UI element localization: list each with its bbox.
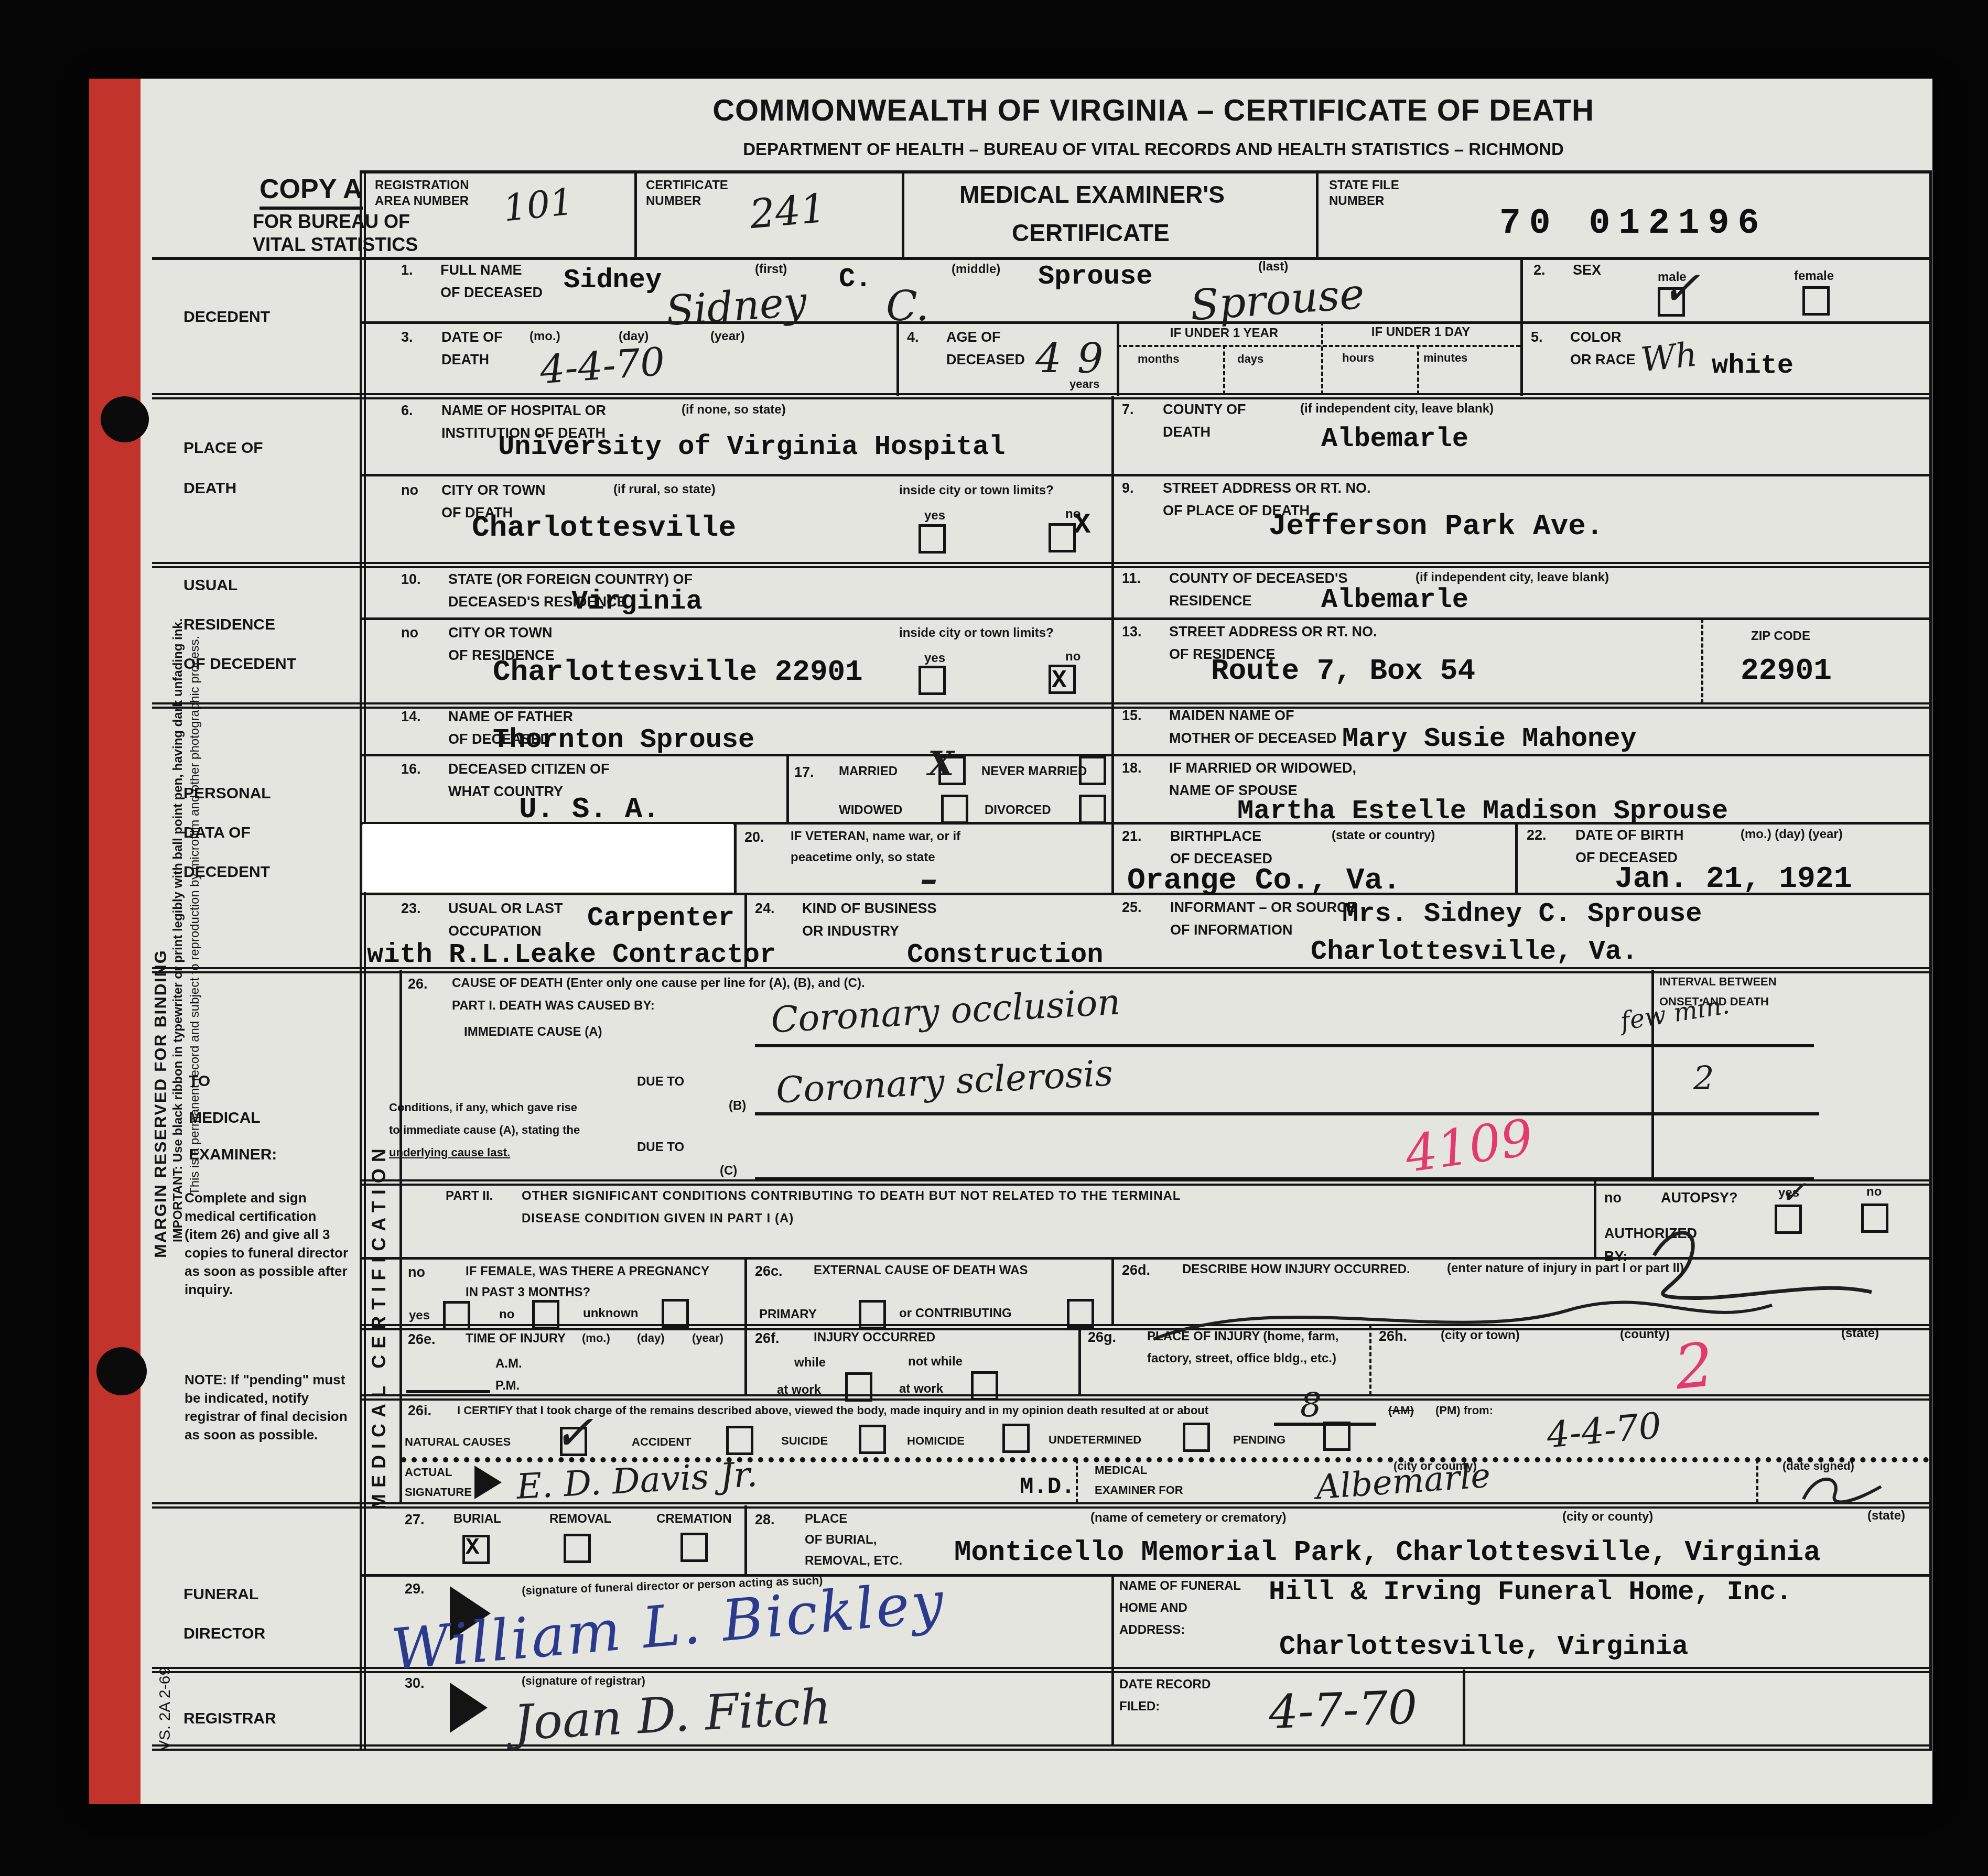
section-funeral-director2: DIRECTOR (183, 1625, 265, 1643)
hours-caption: hours (1342, 351, 1374, 364)
field24-label: KIND OF BUSINESS (802, 901, 937, 917)
field11-label2: RESIDENCE (1169, 593, 1252, 609)
part1-label: PART I. DEATH WAS CAUSED BY: (452, 999, 655, 1013)
field7-number: 7. (1122, 402, 1134, 418)
grid-line (1417, 345, 1419, 395)
me-certificate-label2: CERTIFICATE (1012, 219, 1170, 247)
cemetery-caption: (name of cemetery or crematory) (1090, 1511, 1286, 1525)
grid-line (152, 562, 1932, 568)
copy-a-line2: FOR BUREAU OF (253, 211, 410, 232)
registrar-signature-caption: (signature of registrar) (522, 1674, 645, 1687)
checkbox-widowed (941, 795, 968, 824)
funeral-home-value2: Charlottesville, Virginia (1279, 1631, 1688, 1662)
informant-value2: Charlottesville, Va. (1311, 936, 1638, 967)
time-of-death-value: 8 (1300, 1386, 1322, 1425)
section-to-me2: MEDICAL (189, 1109, 261, 1127)
field26a-number: no (1604, 1190, 1622, 1206)
field26e-label: TIME OF INJURY (466, 1331, 566, 1346)
field26f-label: INJURY OCCURRED (814, 1330, 935, 1345)
field23-label2: OCCUPATION (448, 923, 542, 939)
am-label: A.M. (495, 1357, 522, 1371)
signature-arrow (474, 1466, 502, 1499)
field27-number: 27. (405, 1512, 425, 1528)
cause-b-line (755, 1112, 1819, 1115)
grid-line (786, 756, 789, 823)
field1-number: 1. (401, 262, 413, 278)
autopsy-mark: ✓ (1780, 1174, 1806, 1211)
field26g-label: PLACE OF INJURY (home, farm, (1147, 1329, 1338, 1344)
checkbox-suicide (859, 1425, 886, 1454)
city-county-caption2: (city or county) (1562, 1510, 1653, 1524)
burial-label: BURIAL (453, 1512, 501, 1526)
zip-value: 22901 (1741, 654, 1832, 688)
female-label: female (1794, 269, 1834, 284)
field26c-number: 26c. (755, 1263, 783, 1279)
preg-yes-label: yes (409, 1308, 430, 1323)
grid-line (362, 474, 1932, 476)
section-personal-data2: DATA OF (183, 824, 251, 842)
at-work-label: at work (777, 1383, 821, 1397)
field14-label: NAME OF FATHER (448, 709, 573, 725)
field2-label: SEX (1573, 262, 1601, 278)
checkbox-limits2-yes (919, 666, 946, 695)
checkbox-accident (726, 1426, 753, 1455)
grid-line (362, 1179, 1932, 1186)
not-at-work-label: at work (899, 1382, 943, 1396)
under-1-year-label: IF UNDER 1 YEAR (1127, 326, 1321, 341)
field22-label: DATE OF BIRTH (1575, 827, 1683, 843)
certificate-number-label: CERTIFICATE (646, 178, 728, 193)
red-2-value: 2 (1671, 1330, 1717, 1404)
me-for-label2: EXAMINER FOR (1095, 1483, 1183, 1497)
field20-label: IF VETERAN, name war, or if (791, 829, 960, 844)
field23-number: 23. (401, 901, 421, 917)
years-caption: years (1069, 377, 1100, 391)
divorced-label: DIVORCED (985, 803, 1051, 818)
field28-label: PLACE (805, 1512, 847, 1526)
section-personal-data3: DECEDENT (183, 863, 270, 882)
section-to-me: TO (189, 1072, 210, 1091)
primary-label: PRIMARY (759, 1307, 817, 1322)
checkbox-preg-unknown (662, 1299, 689, 1328)
mo-caption: (mo.) (530, 329, 560, 344)
md-label: M.D. (1020, 1474, 1075, 1500)
actual-signature-label2: SIGNATURE (405, 1485, 472, 1499)
accident-label: ACCIDENT (632, 1435, 692, 1448)
field26b-label: IF FEMALE, WAS THERE A PREGNANCY (466, 1264, 709, 1279)
checkbox-removal (564, 1534, 591, 1563)
field15-number: 15. (1122, 708, 1142, 724)
field16-label: DECEASED CITIZEN OF (448, 761, 610, 777)
field18-number: 18. (1122, 760, 1142, 776)
grid-line (1076, 1459, 1078, 1503)
first-caption: (first) (755, 262, 787, 277)
limits-label: inside city or town limits? (899, 483, 1054, 498)
spouse-name-value: Martha Estelle Madison Sprouse (1237, 796, 1728, 827)
field9-label: STREET ADDRESS OR RT. NO. (1163, 480, 1371, 496)
while-label: while (794, 1356, 826, 1370)
grid-line (744, 1505, 747, 1575)
immediate-cause-label: IMMEDIATE CAUSE (A) (464, 1025, 602, 1039)
occupation-value: Carpenter (587, 903, 734, 934)
field5-label: COLOR (1570, 329, 1622, 345)
field28-number: 28. (755, 1512, 775, 1528)
state-of-residence-value: Virginia (571, 586, 703, 617)
male-checkmark: ✓ (1661, 261, 1700, 316)
checkbox-undetermined (1183, 1423, 1210, 1452)
field26b-label2: IN PAST 3 MONTHS? (466, 1285, 590, 1300)
field6-note: (if none, so state) (682, 403, 786, 417)
limits2-no-mark: X (1052, 667, 1067, 695)
due-to-label: DUE TO (637, 1075, 684, 1089)
contributing-label: or CONTRIBUTING (899, 1306, 1012, 1321)
redacted-area (363, 824, 733, 892)
cremation-label: CREMATION (656, 1512, 732, 1526)
state-file-label2: NUMBER (1329, 194, 1384, 209)
field24-number: 24. (755, 901, 775, 917)
grid-line (1463, 1669, 1465, 1745)
county-of-residence-value: Albemarle (1321, 584, 1468, 615)
burial-mark: X (466, 1535, 479, 1561)
age-value: 49 (1035, 335, 1119, 383)
funeral-home-value: Hill & Irving Funeral Home, Inc. (1269, 1577, 1792, 1608)
grid-line (744, 1258, 747, 1325)
field20-number: 20. (744, 829, 764, 845)
pending-label: PENDING (1233, 1433, 1285, 1446)
checkbox-at-work (845, 1372, 872, 1402)
field11-note: (if independent city, leave blank) (1416, 570, 1609, 585)
field26h-city: (city or town) (1441, 1328, 1520, 1343)
field28-label3: REMOVAL, ETC. (805, 1554, 902, 1568)
field4-label2: DECEASED (946, 352, 1025, 368)
field22-note: (mo.) (day) (year) (1741, 827, 1843, 842)
grid-line (1929, 170, 1932, 1750)
field26-head: CAUSE OF DEATH (Enter only one cause per… (452, 976, 865, 991)
citizen-value: U. S. A. (519, 793, 660, 826)
city-of-residence-value: Charlottesville 22901 (493, 655, 863, 689)
punch-hole (101, 396, 149, 442)
page-title: COMMONWEALTH OF VIRGINIA – CERTIFICATE O… (571, 93, 1735, 128)
field13-number: 13. (1122, 624, 1142, 640)
conditions-note1: Conditions, if any, which gave rise (389, 1101, 577, 1114)
married-label: MARRIED (839, 764, 898, 779)
field26h-state: (state) (1841, 1326, 1879, 1341)
section-funeral-director: FUNERAL (183, 1586, 258, 1604)
part2-label: PART II. (446, 1189, 493, 1203)
field1-label: FULL NAME (440, 262, 522, 278)
field15-label2: MOTHER OF DECEASED (1169, 730, 1337, 746)
autopsy-no-label: no (1866, 1185, 1882, 1199)
date-filed-label2: FILED: (1119, 1699, 1160, 1714)
field26e-day: (day) (637, 1331, 665, 1344)
field17-number: 17. (794, 764, 814, 780)
due-to-label2: DUE TO (637, 1140, 684, 1155)
grid-line (152, 1502, 1932, 1509)
field7-label2: DEATH (1163, 424, 1211, 440)
field26h-number: 26h. (1379, 1328, 1407, 1344)
never-married-label: NEVER MARRIED (981, 764, 1087, 779)
checkbox-pending (1323, 1422, 1350, 1451)
days-caption: days (1237, 352, 1263, 365)
preg-unknown-label: unknown (583, 1306, 638, 1321)
interval-b-value: 2 (1693, 1059, 1714, 1097)
registration-area-label2: AREA NUMBER (375, 194, 469, 209)
father-name-value: Thornton Sprouse (493, 724, 754, 755)
field7-note: (if independent city, leave blank) (1300, 402, 1494, 416)
field26e-number: 26e. (408, 1331, 436, 1348)
checkbox-cremation (680, 1533, 708, 1562)
field7-label: COUNTY OF (1163, 402, 1246, 418)
name-last-typed: Sprouse (1038, 261, 1152, 292)
field26e-mo: (mo.) (582, 1331, 610, 1344)
business-value: Construction (907, 939, 1103, 970)
cause-c-caption: (C) (720, 1164, 737, 1178)
hospital-value: University of Virginia Hospital (498, 431, 1005, 462)
under-1-day-label: IF UNDER 1 DAY (1326, 325, 1515, 340)
to-me-instructions: Complete and sign medical certification … (185, 1189, 352, 1299)
conditions-note3: underlying cause last. (389, 1146, 510, 1159)
cause-a-line (755, 1044, 1814, 1047)
grid-line (1111, 705, 1114, 894)
grid-line (362, 617, 1932, 620)
grid-line (1321, 321, 1323, 395)
field4-number: 4. (907, 329, 919, 345)
grid-line (1111, 1258, 1114, 1325)
field26-number: 26. (408, 976, 428, 992)
field11-number: 11. (1122, 570, 1141, 587)
field13-label: STREET ADDRESS OR RT. NO. (1169, 624, 1377, 640)
punch-hole (96, 1347, 147, 1395)
field26f-number: 26f. (755, 1330, 780, 1347)
natural-causes-mark: ✓ (553, 1405, 593, 1461)
grid-line (399, 970, 402, 1504)
part2-text: OTHER SIGNIFICANT CONDITIONS CONTRIBUTIN… (522, 1189, 1181, 1203)
race-typed: white (1712, 350, 1793, 381)
checkbox-divorced (1079, 795, 1106, 824)
suicide-label: SUICIDE (781, 1434, 828, 1447)
date-filed-value: 4-7-70 (1268, 1680, 1418, 1739)
copy-a-label: COPY A (260, 174, 363, 210)
conditions-note2: to immediate cause (A), stating the (389, 1123, 580, 1136)
grid-line (1701, 619, 1703, 703)
place-of-death-street-value: Jefferson Park Ave. (1269, 509, 1604, 543)
field28-label2: OF BURIAL, (805, 1533, 877, 1547)
field4-label: AGE OF (946, 329, 1001, 345)
binding-stripe (89, 79, 141, 1804)
section-registrar: REGISTRAR (183, 1710, 276, 1728)
field25-number: 25. (1122, 899, 1142, 916)
grid-line (896, 321, 899, 396)
limits2-label: inside city or town limits? (899, 626, 1054, 641)
field6-label: NAME OF HOSPITAL OR (441, 403, 606, 419)
section-place-of-death: PLACE OF (183, 439, 263, 458)
certificate-number-value: 241 (748, 185, 827, 237)
field24-label2: OR INDUSTRY (802, 923, 899, 939)
field3-label2: DEATH (441, 352, 489, 368)
minutes-caption: minutes (1423, 351, 1467, 364)
cause-b-caption: (B) (729, 1099, 746, 1113)
section-usual-residence3: OF DECEDENT (183, 655, 296, 674)
field16-number: 16. (401, 761, 421, 777)
grid-line (1316, 170, 1319, 257)
county-of-death-value: Albemarle (1321, 424, 1468, 454)
grid-line (1111, 396, 1114, 705)
field21-number: 21. (1122, 828, 1142, 844)
homicide-label: HOMICIDE (907, 1434, 965, 1447)
field10-label: STATE (OR FOREIGN COUNTRY) OF (448, 571, 693, 588)
removal-label: REMOVAL (549, 1512, 611, 1526)
name-middle-typed: C. (839, 264, 871, 295)
cause-c-line (755, 1177, 1814, 1179)
field8-number: no (401, 482, 418, 498)
field12-label: CITY OR TOWN (448, 625, 553, 641)
field5-label2: OR RACE (1570, 352, 1636, 368)
checkbox-preg-no (532, 1300, 559, 1329)
field21-note: (state or country) (1332, 828, 1435, 843)
date-signed-mark (1793, 1467, 1893, 1509)
limits2-yes-label: yes (924, 651, 945, 666)
state-caption: (state) (1867, 1509, 1905, 1523)
checkbox-never-married (1079, 756, 1106, 785)
grid-line (1078, 1326, 1081, 1395)
birthplace-value: Orange Co., Va. (1127, 864, 1401, 898)
field25-label: INFORMANT – OR SOURCE (1170, 899, 1357, 916)
field26i-number: 26i. (408, 1403, 431, 1419)
field26d-label: DESCRIBE HOW INJURY OCCURRED. (1182, 1262, 1410, 1277)
field10-number: 10. (401, 571, 421, 588)
limits-yes-label: yes (924, 508, 945, 523)
field20-label2: peacetime only, so state (791, 850, 935, 865)
field3-number: 3. (401, 329, 413, 345)
field30-number: 30. (405, 1675, 425, 1691)
grid-line (1117, 345, 1520, 347)
time-line (406, 1390, 490, 1393)
grid-line (1223, 345, 1225, 395)
interval-header: INTERVAL BETWEEN (1659, 975, 1777, 988)
checkbox-homicide (1002, 1424, 1030, 1453)
grid-line (1111, 1575, 1114, 1745)
date-of-death-value: 4-4-70 (538, 339, 666, 393)
grid-line (734, 823, 737, 894)
field26g-number: 26g. (1088, 1329, 1116, 1346)
grid-line (152, 257, 1932, 260)
name-middle-hand: C. (886, 283, 929, 330)
checkbox-primary (859, 1300, 886, 1329)
last-caption: (last) (1258, 259, 1288, 274)
field8-note: (if rural, so state) (613, 482, 716, 497)
certificate-number-label2: NUMBER (646, 194, 701, 209)
funeral-home-label2: HOME AND (1119, 1601, 1187, 1615)
field26e-year: (year) (692, 1331, 723, 1344)
field26d-note: (enter nature of injury in part I or par… (1447, 1261, 1684, 1276)
occupation-value2: with R.L.Leake Contractor (367, 939, 776, 970)
year-caption: (year) (710, 329, 744, 344)
grid-line (1520, 257, 1523, 396)
field6-number: 6. (401, 403, 413, 419)
field1-label2: OF DECEASED (440, 285, 543, 301)
me-for-label: MEDICAL (1095, 1463, 1147, 1477)
date-of-birth-value: Jan. 21, 1921 (1615, 862, 1852, 896)
limits2-no-label: no (1065, 649, 1081, 664)
grid-line (362, 170, 1932, 173)
me-certificate-label: MEDICAL EXAMINER'S (959, 181, 1225, 209)
part2-text2: DISEASE CONDITION GIVEN IN PART I (A) (522, 1211, 794, 1226)
field2-number: 2. (1533, 262, 1546, 278)
middle-caption: (middle) (952, 262, 1000, 277)
field18-label: IF MARRIED OR WIDOWED, (1169, 760, 1356, 776)
funeral-home-label3: ADDRESS: (1119, 1623, 1185, 1638)
grid-line (152, 1744, 1932, 1751)
informant-value: Mrs. Sidney C. Sprouse (1342, 898, 1702, 929)
limits-no-mark: X (1074, 509, 1090, 541)
grid-line (362, 321, 1932, 324)
field26g-label2: factory, street, office bldg., etc.) (1147, 1351, 1336, 1366)
field14-number: 14. (401, 709, 421, 725)
section-usual-residence2: RESIDENCE (183, 616, 275, 634)
grid-line (360, 170, 366, 1750)
field3-label: DATE OF (441, 329, 503, 345)
field8-label: CITY OR TOWN (441, 482, 546, 498)
checkbox-limits-no (1049, 523, 1076, 552)
grid-line (744, 1326, 747, 1395)
grid-line (1756, 1459, 1758, 1503)
field21-label: BIRTHPLACE (1170, 828, 1261, 844)
widowed-label: WIDOWED (839, 803, 902, 818)
not-while-label: not while (908, 1354, 963, 1369)
field23-label: USUAL OR LAST (448, 901, 563, 917)
date-filed-label: DATE RECORD (1119, 1677, 1211, 1692)
residence-street-value: Route 7, Box 54 (1211, 654, 1475, 688)
field22-number: 22. (1527, 827, 1547, 843)
field25-label2: OF INFORMATION (1170, 922, 1292, 938)
section-personal-data: PERSONAL (183, 785, 271, 803)
autopsy-label: AUTOPSY? (1661, 1190, 1738, 1206)
section-place-of-death2: DEATH (183, 480, 236, 498)
burial-place-value: Monticello Memorial Park, Charlottesvill… (954, 1537, 1821, 1569)
grid-line (152, 702, 1932, 709)
section-to-me3: EXAMINER: (189, 1146, 277, 1164)
registration-area-value: 101 (501, 180, 575, 230)
field9-number: 9. (1122, 480, 1134, 496)
city-of-death-value: Charlottesville (472, 511, 736, 545)
preg-no-label: no (499, 1307, 514, 1322)
field26c-label: EXTERNAL CAUSE OF DEATH WAS (814, 1263, 1028, 1278)
to-me-note: NOTE: If "pending" must be indicated, no… (185, 1371, 352, 1444)
pm-from-label: (PM) from: (1435, 1404, 1493, 1417)
field5-number: 5. (1531, 329, 1543, 345)
funeral-home-label: NAME OF FUNERAL (1119, 1579, 1241, 1593)
registration-area-label: REGISTRATION (375, 178, 469, 193)
months-caption: months (1138, 352, 1179, 365)
field12-number: no (401, 625, 418, 641)
section-decedent: DECEDENT (183, 308, 270, 327)
field26b-number: no (408, 1264, 425, 1281)
mother-name-value: Mary Susie Mahoney (1342, 723, 1637, 754)
section-usual-residence: USUAL (183, 577, 237, 595)
state-file-label: STATE FILE (1329, 178, 1399, 193)
state-file-number: 70 012196 (1499, 203, 1767, 244)
checkbox-female (1802, 286, 1830, 316)
field29-number: 29. (405, 1581, 425, 1597)
actual-signature-label: ACTUAL (405, 1466, 452, 1479)
checkbox-limits-yes (919, 524, 946, 554)
checkbox-contributing (1067, 1299, 1094, 1328)
married-mark: X (928, 744, 954, 784)
grid-line (1515, 823, 1518, 894)
authorized-by-signature (1127, 1216, 1893, 1368)
grid-line (902, 170, 904, 257)
grid-line (152, 393, 1932, 399)
